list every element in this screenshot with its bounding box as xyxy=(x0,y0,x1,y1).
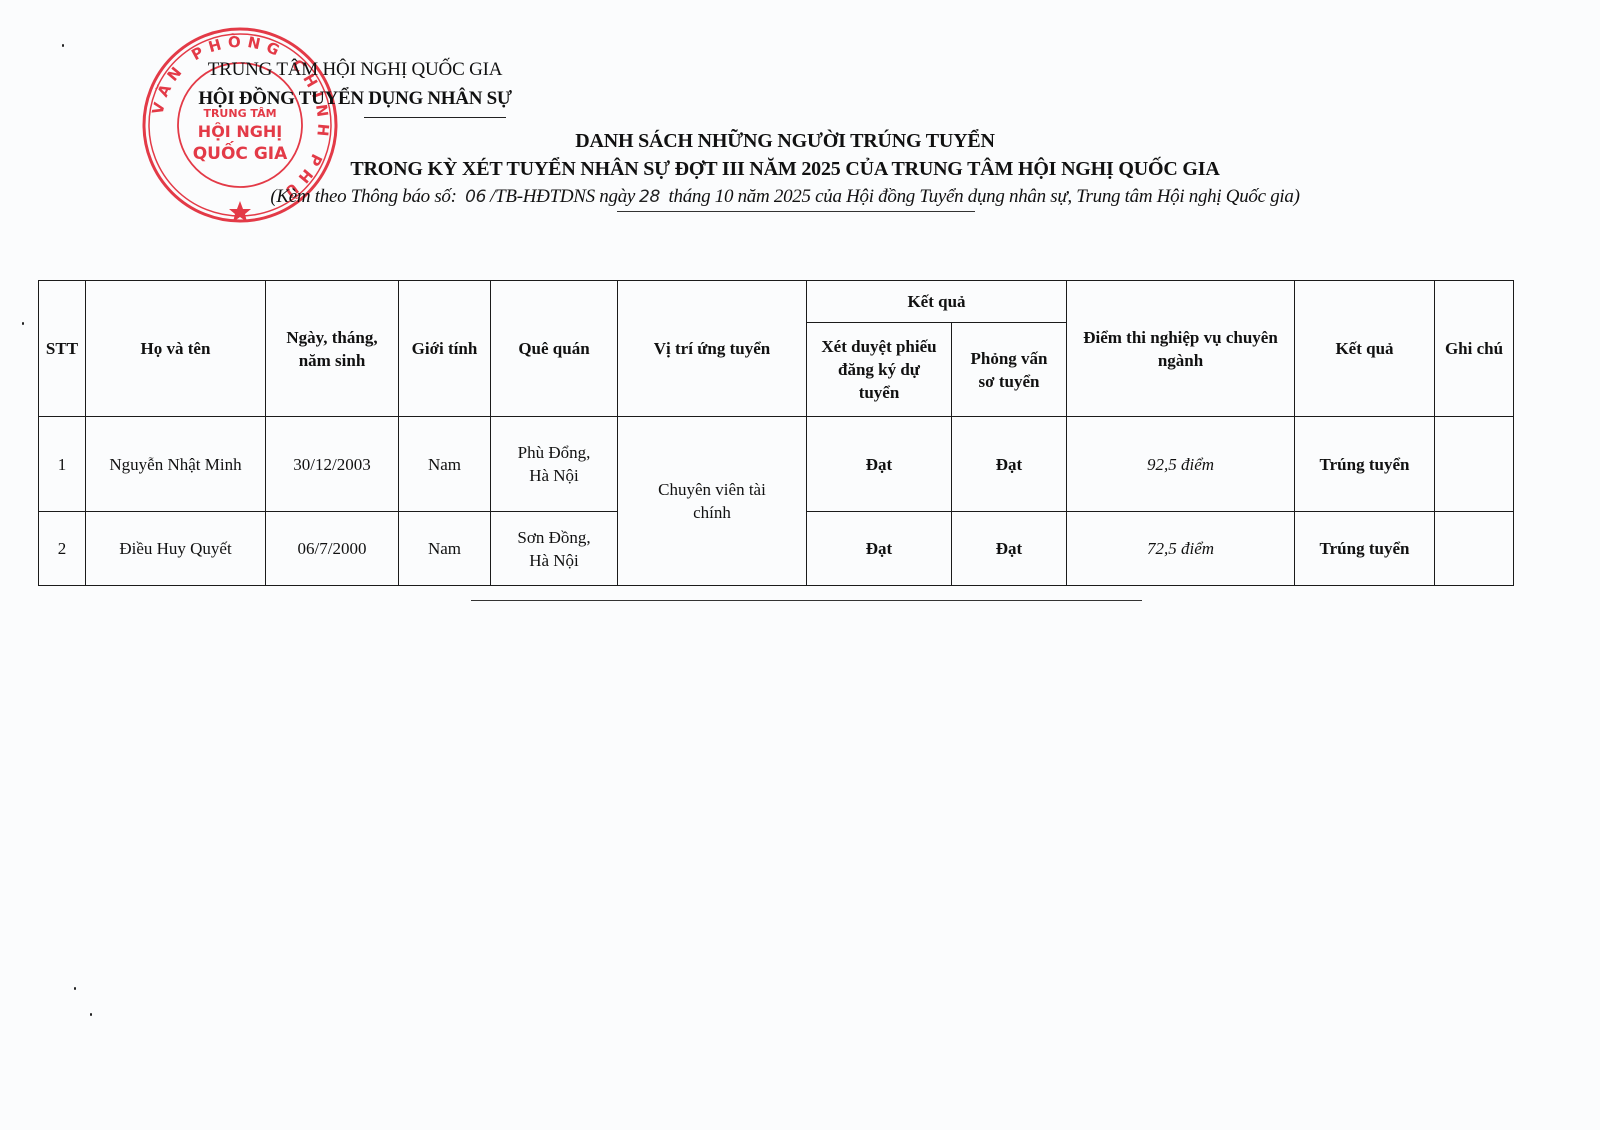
cell-notes xyxy=(1435,512,1514,586)
table-header-row: STT Họ và tên Ngày, tháng, năm sinh Giới… xyxy=(39,281,1514,323)
scan-speck xyxy=(22,322,24,325)
cell-review: Đạt xyxy=(807,512,952,586)
document-subtitle-line: TRONG KỲ XÉT TUYỂN NHÂN SỰ ĐỢT III NĂM 2… xyxy=(0,156,1560,182)
subtitle-underline xyxy=(617,211,975,212)
header-review-text: Xét duyệt phiếu đăng ký dự tuyển xyxy=(821,337,936,402)
header-hometown: Quê quán xyxy=(491,281,618,417)
header-name: Họ và tên xyxy=(86,281,266,417)
header-result-group: Kết quả xyxy=(807,281,1067,323)
cell-final-result: Trúng tuyển xyxy=(1295,417,1435,512)
notice-number: 06 xyxy=(461,187,490,207)
header-interview: Phỏng vấn sơ tuyển xyxy=(952,323,1067,417)
cell-exam-score: 92,5 điểm xyxy=(1067,417,1295,512)
document-title: DANH SÁCH NHỮNG NGƯỜI TRÚNG TUYỂN xyxy=(0,126,1560,156)
attachment-mid: /TB-HĐTDNS ngày xyxy=(490,186,635,207)
hometown-line2: Hà Nội xyxy=(495,464,613,487)
organization-name: TRUNG TÂM HỘI NGHỊ QUỐC GIA xyxy=(150,56,560,84)
header-exam-score: Điểm thi nghiệp vụ chuyên ngành xyxy=(1067,281,1295,417)
header-final-result: Kết quả xyxy=(1295,281,1435,417)
cell-dob: 06/7/2000 xyxy=(266,512,399,586)
position-text: Chuyên viên tài chính xyxy=(658,480,766,522)
cell-dob: 30/12/2003 xyxy=(266,417,399,512)
cell-notes xyxy=(1435,417,1514,512)
header-interview-text: Phỏng vấn sơ tuyển xyxy=(971,349,1048,391)
cell-interview: Đạt xyxy=(952,512,1067,586)
title-block: DANH SÁCH NHỮNG NGƯỜI TRÚNG TUYỂN TRONG … xyxy=(0,126,1560,212)
header-position: Vị trí ứng tuyển xyxy=(618,281,807,417)
header-divider xyxy=(364,117,506,118)
header-block: TRUNG TÂM HỘI NGHỊ QUỐC GIA HỘI ĐỒNG TUY… xyxy=(150,56,560,118)
cell-interview: Đạt xyxy=(952,417,1067,512)
header-dob-text: Ngày, tháng, năm sinh xyxy=(286,328,377,370)
header-exam-score-text: Điểm thi nghiệp vụ chuyên ngành xyxy=(1083,328,1278,370)
cell-gender: Nam xyxy=(399,512,491,586)
header-dob: Ngày, tháng, năm sinh xyxy=(266,281,399,417)
hometown-line1: Phù Đổng, xyxy=(495,441,613,464)
cell-name: Nguyễn Nhật Minh xyxy=(86,417,266,512)
cell-hometown: Sơn Đồng, Hà Nội xyxy=(491,512,618,586)
cell-review: Đạt xyxy=(807,417,952,512)
council-name: HỘI ĐỒNG TUYỂN DỤNG NHÂN SỰ xyxy=(150,84,560,114)
header-review: Xét duyệt phiếu đăng ký dự tuyển xyxy=(807,323,952,417)
attachment-prefix: (Kèm theo Thông báo số: xyxy=(270,186,456,207)
cell-exam-score: 72,5 điểm xyxy=(1067,512,1295,586)
results-table: STT Họ và tên Ngày, tháng, năm sinh Giới… xyxy=(38,280,1514,586)
header-stt: STT xyxy=(39,281,86,417)
hometown-line2: Hà Nội xyxy=(495,549,613,572)
cell-position: Chuyên viên tài chính xyxy=(618,417,807,586)
cell-name: Điều Huy Quyết xyxy=(86,512,266,586)
cell-gender: Nam xyxy=(399,417,491,512)
end-of-table-rule xyxy=(471,600,1142,601)
notice-day: 28 xyxy=(635,187,664,207)
cell-stt: 2 xyxy=(39,512,86,586)
header-gender: Giới tính xyxy=(399,281,491,417)
scan-speck xyxy=(90,1013,92,1016)
cell-final-result: Trúng tuyển xyxy=(1295,512,1435,586)
scan-speck xyxy=(62,44,64,47)
attachment-note: (Kèm theo Thông báo số: 06/TB-HĐTDNS ngà… xyxy=(0,182,1560,212)
cell-stt: 1 xyxy=(39,417,86,512)
cell-hometown: Phù Đổng, Hà Nội xyxy=(491,417,618,512)
attachment-suffix: tháng 10 năm 2025 của Hội đồng Tuyển dụn… xyxy=(669,186,1300,207)
table-row: 1 Nguyễn Nhật Minh 30/12/2003 Nam Phù Đổ… xyxy=(39,417,1514,512)
scan-speck xyxy=(74,987,76,990)
hometown-line1: Sơn Đồng, xyxy=(495,526,613,549)
header-notes: Ghi chú xyxy=(1435,281,1514,417)
